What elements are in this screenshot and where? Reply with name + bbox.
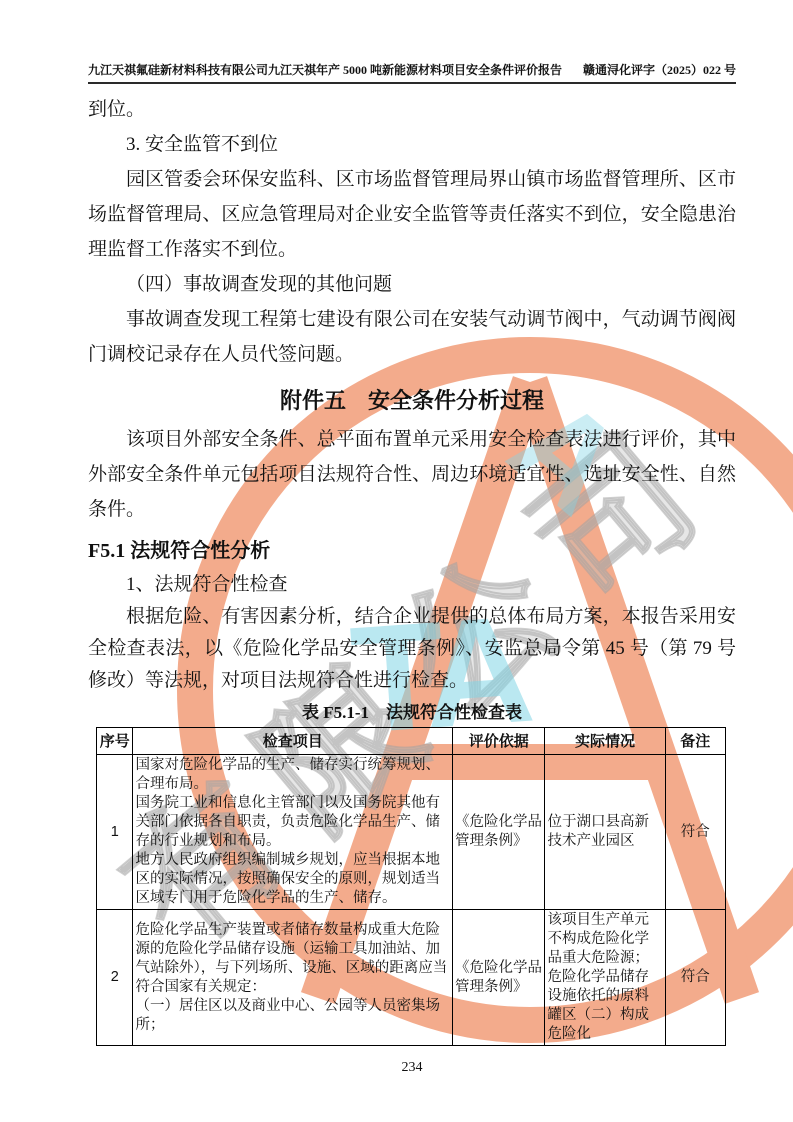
heading-item4: （四）事故调查发现的其他问题	[88, 267, 736, 302]
cell-item: 危险化学品生产装置或者储存数量构成重大危险源的危险化学品储存设施（运输工具加油站…	[133, 910, 453, 1046]
page-header: 九江天祺氟硅新材料科技有限公司九江天祺年产 5000 吨新能源材料项目安全条件评…	[88, 60, 736, 84]
paragraph-method: 根据危险、有害因素分析，结合企业提供的总体布局方案，本报告采用安全检查表法，以《…	[88, 601, 736, 697]
appendix-title: 附件五 安全条件分析过程	[88, 380, 736, 422]
heading-check: 1、法规符合性检查	[88, 569, 736, 601]
cell-item: 国家对危险化学品的生产、储存实行统筹规划、合理布局。 国务院工业和信息化主管部门…	[133, 755, 453, 910]
section-f51-title: F5.1 法规符合性分析	[88, 533, 736, 569]
cell-basis: 《危险化学品管理条例》	[453, 910, 545, 1046]
page-content: 九江天祺氟硅新材料科技有限公司九江天祺年产 5000 吨新能源材料项目安全条件评…	[0, 0, 793, 1076]
cell-no: 2	[97, 910, 133, 1046]
compliance-check-table: 序号 检查项目 评价依据 实际情况 备注 1 国家对危险化学品的生产、储存实行统…	[96, 727, 726, 1046]
body-text: 到位。 3. 安全监管不到位 园区管委会环保安监科、区市场监督管理局界山镇市场监…	[88, 92, 736, 1076]
cell-basis: 《危险化学品管理条例》	[453, 755, 545, 910]
table-row: 1 国家对危险化学品的生产、储存实行统筹规划、合理布局。 国务院工业和信息化主管…	[97, 755, 726, 910]
heading-item3: 3. 安全监管不到位	[88, 127, 736, 162]
doc-number: 赣通浔化评字（2025）022 号	[573, 60, 736, 80]
col-header-remark: 备注	[665, 728, 725, 755]
col-header-basis: 评价依据	[453, 728, 545, 755]
section-f51-body: 1、法规符合性检查 根据危险、有害因素分析，结合企业提供的总体布局方案，本报告采…	[88, 569, 736, 697]
col-header-actual: 实际情况	[545, 728, 665, 755]
document-page: 有限公司 TA A 九江天祺氟硅新材料科技有限公司九江天祺年产 5000 吨新能…	[0, 0, 793, 1122]
col-header-no: 序号	[97, 728, 133, 755]
paragraph-accident: 事故调查发现工程第七建设有限公司在安装气动调节阀中，气动调节阀阀门调校记录存在人…	[88, 302, 736, 372]
cell-remark: 符合	[665, 910, 725, 1046]
table-header-row: 序号 检查项目 评价依据 实际情况 备注	[97, 728, 726, 755]
cell-actual: 位于湖口县高新技术产业园区	[545, 755, 665, 910]
paragraph-carryover: 到位。	[88, 92, 736, 127]
page-number: 234	[88, 1060, 736, 1076]
paragraph-overview: 该项目外部安全条件、总平面布置单元采用安全检查表法进行评价，其中外部安全条件单元…	[88, 422, 736, 527]
paragraph-supervision: 园区管委会环保安监科、区市场监督管理局界山镇市场监督管理所、区市场监督管理局、区…	[88, 162, 736, 267]
table-row: 2 危险化学品生产装置或者储存数量构成重大危险源的危险化学品储存设施（运输工具加…	[97, 910, 726, 1046]
cell-no: 1	[97, 755, 133, 910]
table-caption: 表 F5.1-1 法规符合性检查表	[88, 701, 736, 725]
col-header-item: 检查项目	[133, 728, 453, 755]
cell-actual: 该项目生产单元不构成危险化学品重大危险源； 危险化学品储存设施依托的原料罐区（二…	[545, 910, 665, 1046]
cell-remark: 符合	[665, 755, 725, 910]
report-title: 九江天祺氟硅新材料科技有限公司九江天祺年产 5000 吨新能源材料项目安全条件评…	[88, 60, 562, 80]
